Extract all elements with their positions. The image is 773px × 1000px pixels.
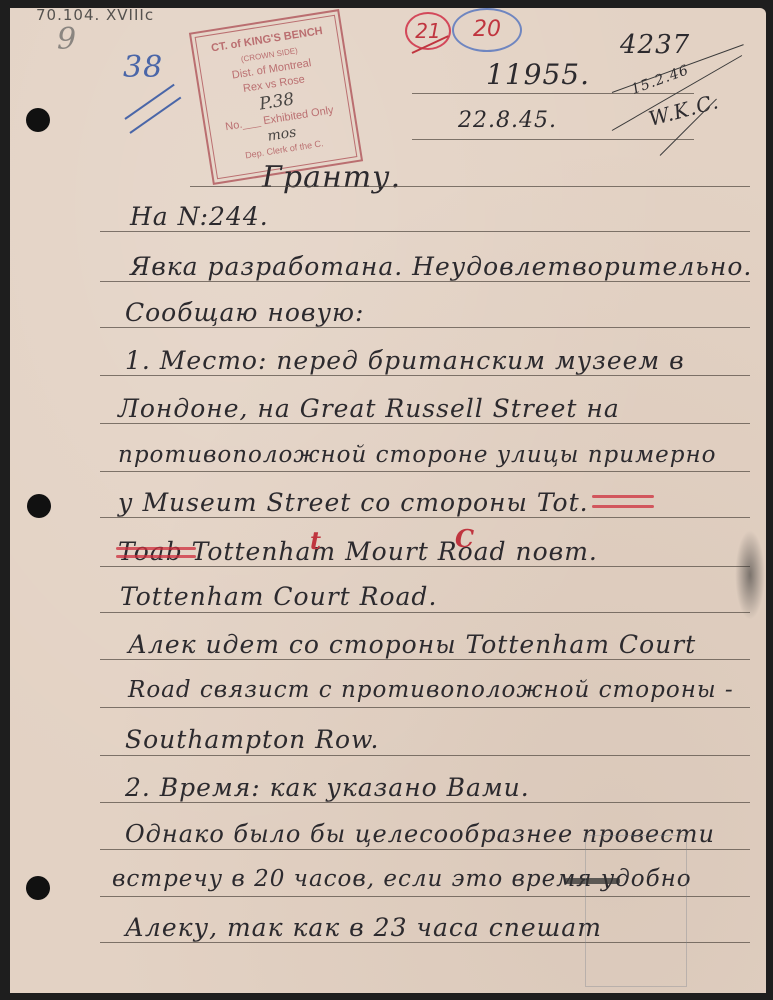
ruled-line: [100, 755, 750, 756]
addressee: Гранту.: [262, 160, 401, 195]
red-strikeout-tot: [592, 505, 654, 508]
header-date: 22.8.45.: [458, 108, 557, 133]
header-rule: [412, 139, 694, 140]
ruled-line: [100, 517, 750, 518]
ruled-line: [100, 659, 750, 660]
text-line-6: противоположной стороне улицы примерно: [118, 442, 716, 468]
red-inserted-letter-c: C: [455, 524, 475, 553]
faint-stamp-outline: [585, 835, 687, 987]
ruled-line: [100, 231, 750, 232]
text-line-8: Toab Tottenham Mourt Road повт.: [118, 537, 598, 566]
blue-page-number: 38: [123, 50, 163, 85]
court-exhibit-stamp: CT. of KING'S BENCH (CROWN SIDE) Dist. o…: [189, 9, 363, 185]
ruled-line: [100, 802, 750, 803]
ruled-line: [100, 566, 750, 567]
text-line-4: 1. Место: перед британским музеем в: [125, 346, 685, 375]
ruled-line: [100, 281, 750, 282]
text-line-7: у Museum Street со стороны Tot.: [118, 488, 589, 517]
text-line-1: На N:244.: [130, 202, 269, 231]
red-strikeout-toab: [116, 547, 196, 550]
ruled-line: [100, 471, 750, 472]
text-line-3: Сообщаю новую:: [125, 298, 364, 327]
punch-hole-bottom: [26, 876, 50, 900]
ruled-line: [100, 375, 750, 376]
ruled-line: [100, 327, 750, 328]
red-strikeout-toab: [116, 555, 196, 558]
text-line-12: Southampton Row.: [125, 725, 379, 754]
registration-number: 11955.: [486, 58, 590, 91]
ink-smudge: [735, 530, 765, 620]
punch-hole-middle: [27, 494, 51, 518]
text-line-9: Tottenham Court Road.: [120, 582, 437, 611]
ruled-line: [100, 423, 750, 424]
red-inserted-letter-t: t: [310, 526, 322, 555]
pencil-page-number: 9: [57, 22, 77, 57]
red-strikeout-tot: [592, 495, 654, 498]
text-line-2: Явка разработана. Неудовлетворительно.: [130, 252, 752, 281]
ruled-line: [100, 612, 750, 613]
punch-hole-top: [26, 108, 50, 132]
text-line-5: Лондоне, на Great Russell Street на: [118, 394, 620, 423]
text-line-11: Road связист с противоположной стороны -: [128, 677, 734, 703]
blue-circled-number: 20: [452, 8, 522, 52]
ruled-line: [100, 707, 750, 708]
addressee-rule: [190, 186, 750, 187]
text-line-13: 2. Время: как указано Вами.: [125, 773, 530, 802]
text-line-10: Алек идет со стороны Tottenham Court: [128, 630, 696, 659]
right-reference-number: 4237: [620, 30, 690, 60]
archive-reference: 70.104. XVIIIc: [36, 6, 154, 24]
text-line-16: Алеку, так как в 23 часа спешат: [125, 913, 602, 942]
header-rule: [412, 93, 694, 94]
